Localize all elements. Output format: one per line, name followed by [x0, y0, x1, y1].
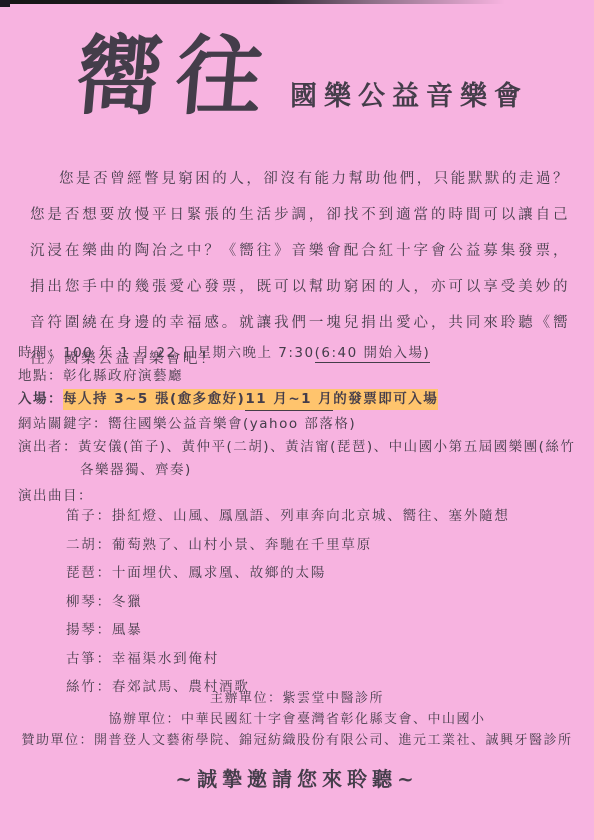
program-row-erhu: 二胡：葡萄熟了、山村小景、奔馳在千里草原 — [66, 531, 578, 560]
pieces: 風暴 — [112, 622, 143, 638]
colon: ： — [97, 622, 112, 638]
time-value: 100 年 1 月 22 日星期六晚上 7:30 — [63, 345, 315, 361]
organizer-value: 紫雲堂中醫診所 — [283, 691, 385, 706]
co-organizer-label: 協辦單位： — [108, 712, 181, 727]
sponsor-value: 開普登人文藝術學院、錦冠紡織股份有限公司、進元工業社、誠興牙醫診所 — [94, 733, 573, 748]
page-title: 嚮往 — [62, 30, 280, 125]
colon: ： — [97, 508, 112, 524]
scan-artifact-corner — [0, 0, 10, 7]
sponsor-label: 贊助單位： — [21, 733, 94, 748]
program-row-pipa: 琵琶：十面埋伏、鳳求凰、故鄉的太陽 — [66, 559, 578, 588]
time-entry-note: (6:40 開始入場) — [315, 345, 431, 363]
admission-months-underlined: 11 月~1 月 — [245, 389, 333, 411]
co-organizer-value: 中華民國紅十字會臺灣省彰化縣支會、中山國小 — [181, 712, 486, 727]
pieces: 葡萄熟了、山村小景、奔馳在千里草原 — [112, 537, 372, 553]
instrument: 古箏 — [66, 651, 97, 667]
instrument: 柳琴 — [66, 594, 97, 610]
location-value: 彰化縣政府演藝廳 — [63, 368, 183, 384]
admission-highlight-pre: 每人持 3~5 張(愈多愈好) — [63, 389, 245, 410]
performers-line1: 黃安儀(笛子)、黃仲平(二胡)、黃洁甯(琵琶)、中山國小第五屆國樂團(絲竹 — [78, 439, 575, 455]
pieces: 冬獵 — [112, 594, 143, 610]
footer: 主辦單位：紫雲堂中醫診所 協辦單位：中華民國紅十字會臺灣省彰化縣支會、中山國小 … — [0, 688, 594, 792]
admission-highlight-post: 的發票即可入場 — [333, 389, 438, 410]
program-row-liuqin: 柳琴：冬獵 — [66, 588, 578, 617]
website-row: 網站關鍵字：嚮往國樂公益音樂會(yahoo 部落格) — [18, 413, 578, 436]
performers-row: 演出者：黃安儀(笛子)、黃仲平(二胡)、黃洁甯(琵琶)、中山國小第五屆國樂團(絲… — [18, 436, 578, 459]
time-row: 時間：100 年 1 月 22 日星期六晚上 7:30(6:40 開始入場) — [18, 342, 578, 365]
program-row-yangqin: 揚琴：風暴 — [66, 616, 578, 645]
flyer-header: 嚮往 國樂公益音樂會 — [0, 30, 594, 125]
instrument: 揚琴 — [66, 622, 97, 638]
location-label: 地點： — [18, 368, 63, 384]
closing-invitation: ~誠摯邀請您來聆聽~ — [0, 763, 594, 792]
colon: ： — [97, 565, 112, 581]
colon: ： — [97, 594, 112, 610]
instrument: 笛子 — [66, 508, 97, 524]
organizer-label: 主辦單位： — [210, 691, 283, 706]
admission-label: 入場： — [18, 391, 63, 407]
event-details: 時間：100 年 1 月 22 日星期六晚上 7:30(6:40 開始入場) 地… — [18, 342, 578, 508]
pieces: 十面埋伏、鳳求凰、故鄉的太陽 — [112, 565, 326, 581]
scan-artifact-top-edge — [0, 0, 594, 4]
sponsor-row: 贊助單位：開普登人文藝術學院、錦冠紡織股份有限公司、進元工業社、誠興牙醫診所 — [0, 730, 594, 751]
flyer-page: 嚮往 國樂公益音樂會 您是否曾經瞥見窮困的人，卻沒有能力幫助他們，只能默默的走過… — [0, 0, 594, 840]
performers-label: 演出者： — [18, 439, 78, 455]
instrument: 琵琶 — [66, 565, 97, 581]
colon: ： — [97, 651, 112, 667]
website-value: 嚮往國樂公益音樂會(yahoo 部落格) — [108, 416, 356, 432]
performers-row-continued: 各樂器獨、齊奏) — [80, 459, 578, 482]
time-label: 時間： — [18, 345, 63, 361]
program-row-dizi: 笛子：掛紅燈、山風、鳳凰語、列車奔向北京城、嚮往、塞外隨想 — [66, 502, 578, 531]
organizer-row: 主辦單位：紫雲堂中醫診所 — [0, 688, 594, 709]
pieces: 掛紅燈、山風、鳳凰語、列車奔向北京城、嚮往、塞外隨想 — [112, 508, 510, 524]
page-subtitle: 國樂公益音樂會 — [290, 74, 528, 125]
instrument: 二胡 — [66, 537, 97, 553]
location-row: 地點：彰化縣政府演藝廳 — [18, 365, 578, 388]
colon: ： — [97, 537, 112, 553]
co-organizer-row: 協辦單位：中華民國紅十字會臺灣省彰化縣支會、中山國小 — [0, 709, 594, 730]
program-row-guzheng: 古箏：幸福渠水到俺村 — [66, 645, 578, 674]
performers-line2: 各樂器獨、齊奏) — [80, 462, 192, 478]
website-label: 網站關鍵字： — [18, 416, 108, 432]
admission-row: 入場：每人持 3~5 張(愈多愈好)11 月~1 月的發票即可入場 — [18, 388, 578, 411]
pieces: 幸福渠水到俺村 — [112, 651, 219, 667]
program-list: 笛子：掛紅燈、山風、鳳凰語、列車奔向北京城、嚮往、塞外隨想 二胡：葡萄熟了、山村… — [66, 502, 578, 702]
